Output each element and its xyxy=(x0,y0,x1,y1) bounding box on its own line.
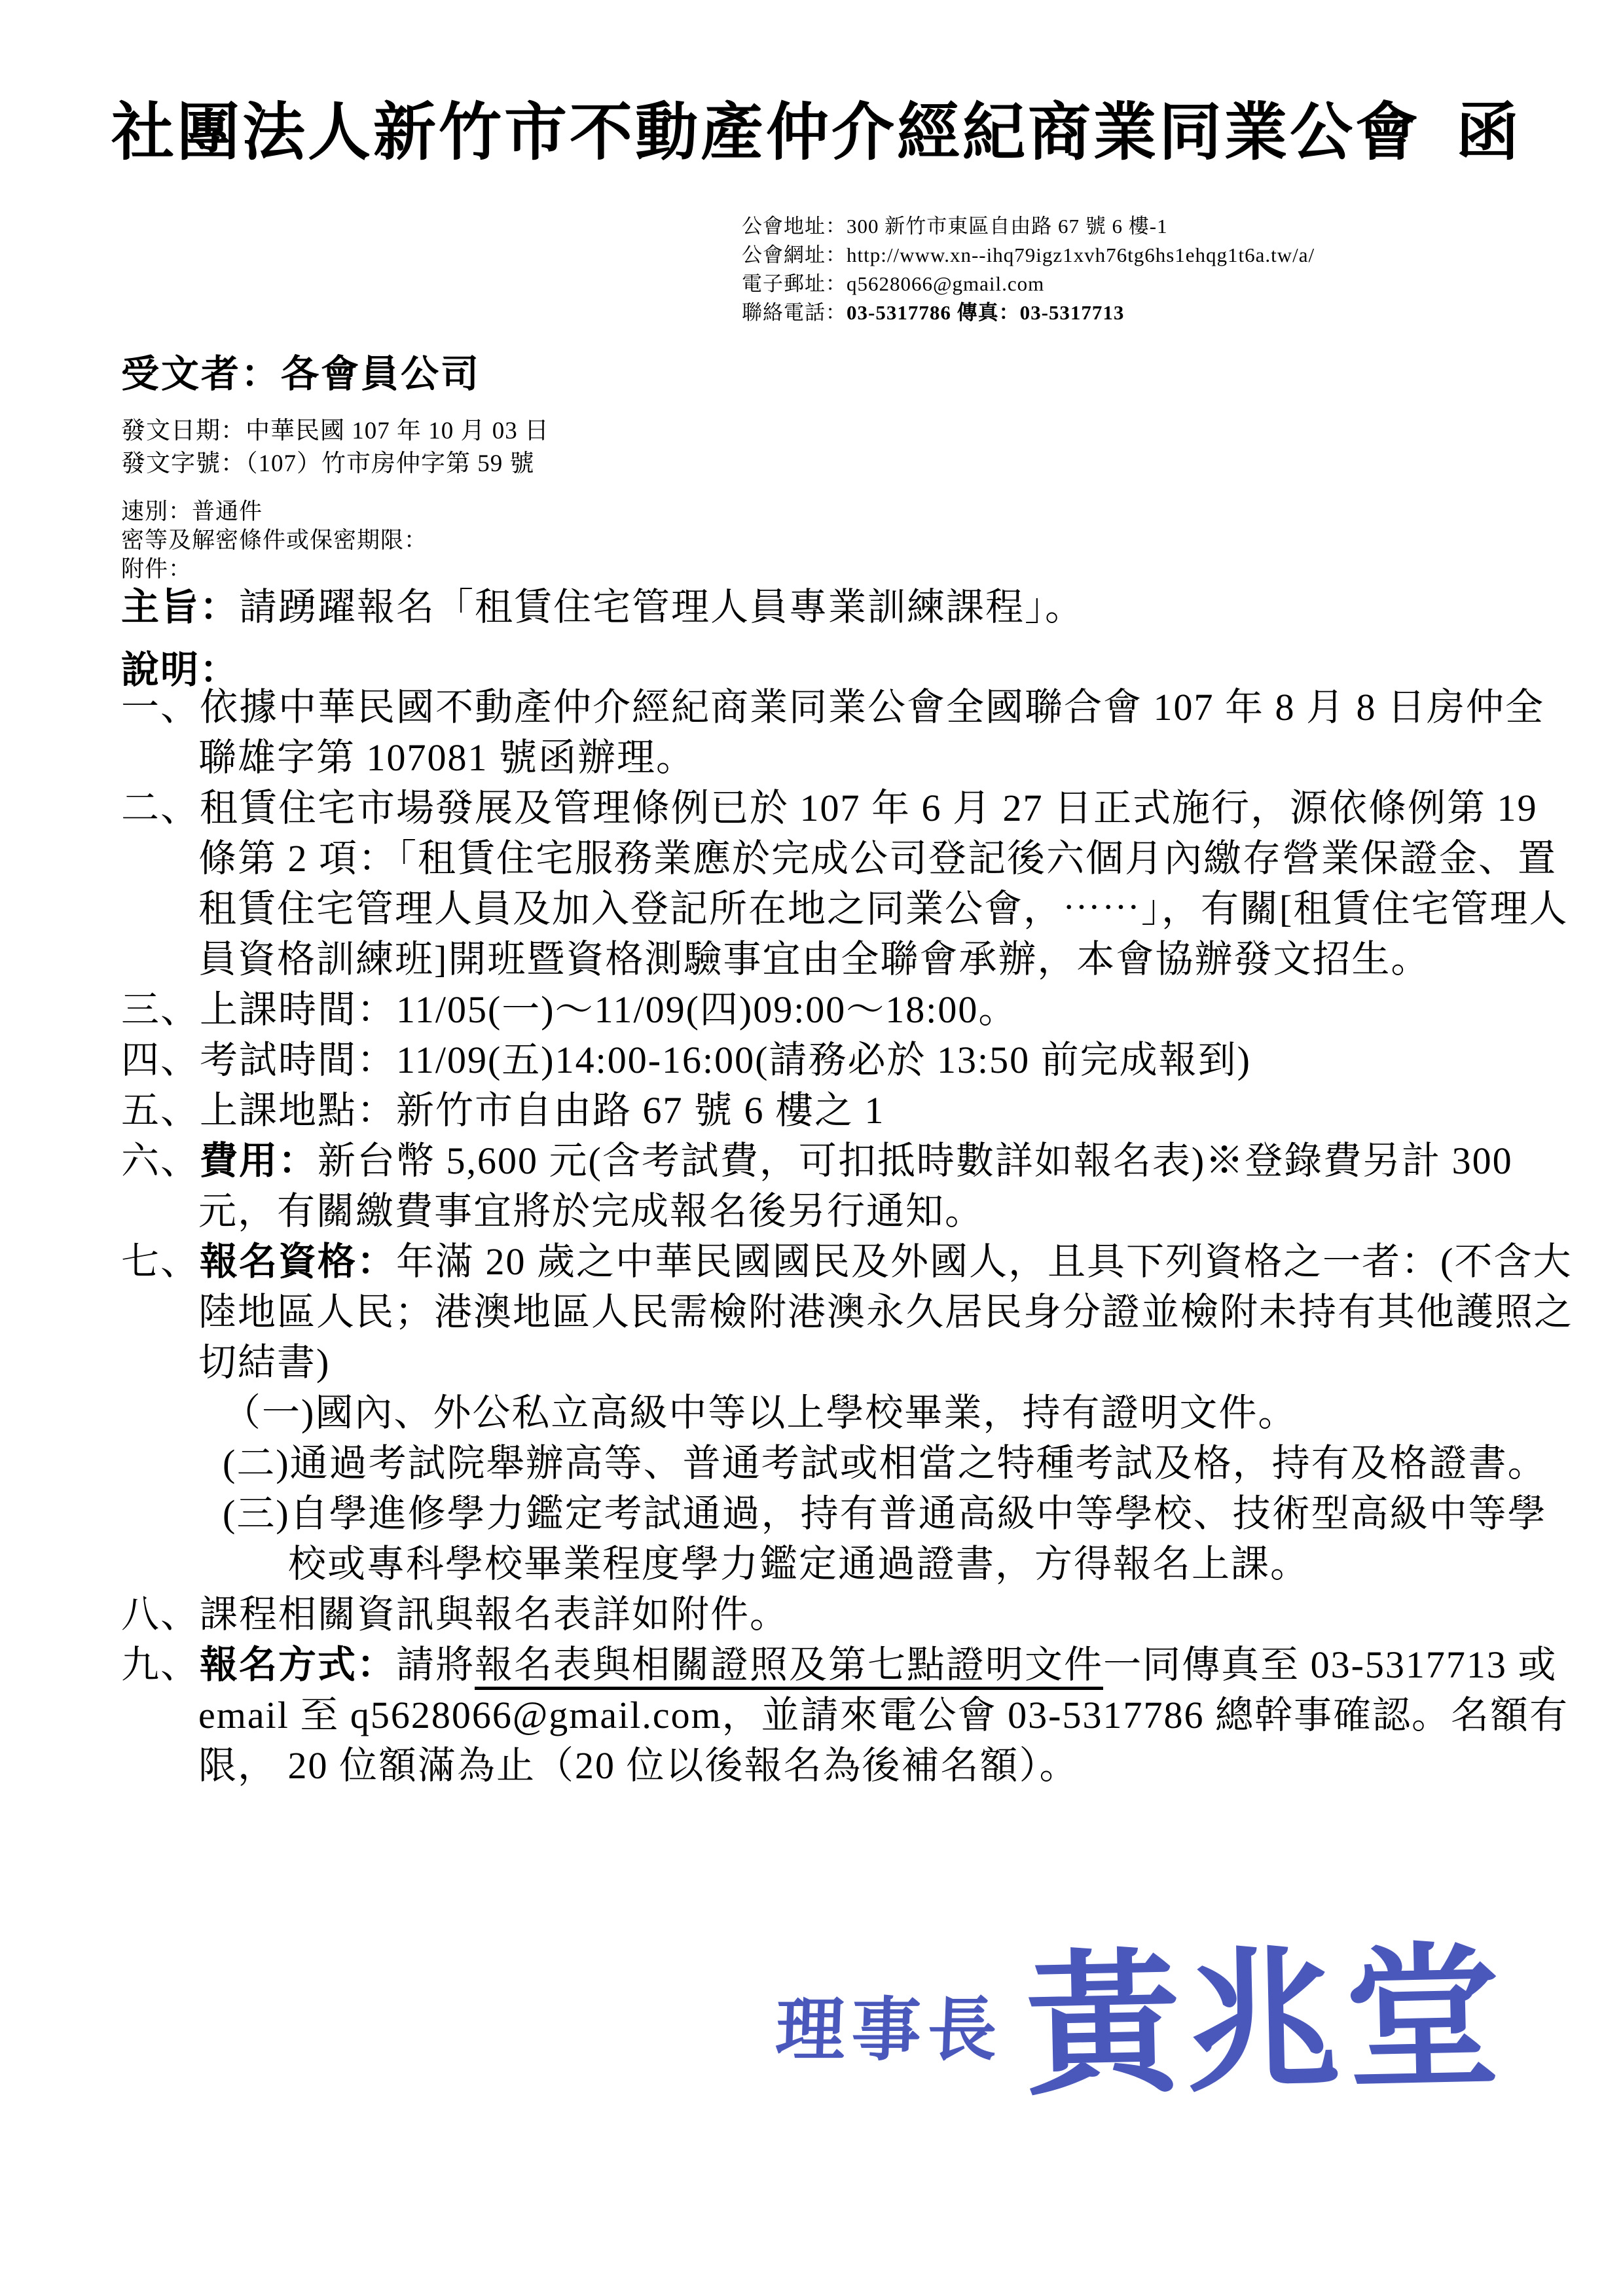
official-letter-page: 社團法人新竹市不動產仲介經紀商業同業公會 函 公會地址：300 新竹市東區自由路… xyxy=(0,0,1623,2296)
page-title: 社團法人新竹市不動產仲介經紀商業同業公會 函 xyxy=(111,82,1522,172)
item-7-sub-1: （一)國內、外公私立高級中等以上學校畢業，持有證明文件。 xyxy=(223,1388,1580,1438)
item-1-num: 一、 xyxy=(121,686,200,728)
item-5-text: 上課地點：新竹市自由路 67 號 6 樓之 1 xyxy=(200,1089,885,1132)
item-8: 八、課程相關資訊與報名表詳如附件。 xyxy=(121,1589,1580,1640)
subject-label: 主旨： xyxy=(121,586,239,628)
recipient-value: 各會員公司 xyxy=(281,353,481,395)
contact-website-url: http://www.xn--ihq79igz1xvh76tg6hs1ehqg1… xyxy=(847,243,1315,266)
item-7-num: 七、 xyxy=(121,1240,200,1283)
item-8-text: 課程相關資訊與報名表詳如附件。 xyxy=(200,1593,789,1636)
issue-date-value: 中華民國 107 年 10 月 03 日 xyxy=(246,418,549,444)
contact-email-value: q5628066@gmail.com xyxy=(847,272,1044,295)
item-3: 三、上課時間：11/05(一)～11/09(四)09:00～18:00。 xyxy=(121,984,1580,1035)
speed-line: 速別：普通件 xyxy=(121,497,428,526)
contact-address-value: 300 新竹市東區自由路 67 號 6 樓-1 xyxy=(847,215,1168,238)
signature-stamp: 理事長 黃兆堂 xyxy=(776,1947,1505,2102)
recipient-label: 受文者： xyxy=(121,353,281,395)
item-9: 九、報名方式：請將報名表與相關證照及第七點證明文件一同傳真至 03-531771… xyxy=(121,1640,1580,1791)
subject-text: 請踴躍報名「租賃住宅管理人員專業訓練課程」。 xyxy=(239,586,1084,628)
item-7-sub-3: (三)自學進修學力鑑定考試通過，持有普通高級中等學校、技術型高級中等學校或專科學… xyxy=(223,1488,1580,1589)
doc-number-line: 發文字號：（107）竹市房仲字第 59 號 xyxy=(121,448,549,480)
item-5-num: 五、 xyxy=(121,1089,200,1132)
contact-address-label: 公會地址： xyxy=(742,215,847,238)
item-4: 四、考試時間：11/09(五)14:00-16:00(請務必於 13:50 前完… xyxy=(121,1035,1580,1085)
contact-email-label: 電子郵址： xyxy=(742,272,847,295)
item-6-text: 新台幣 5,600 元(含考試費，可扣抵時數詳如報名表)※登錄費另計 300 元… xyxy=(198,1139,1513,1232)
item-7: 七、報名資格：年滿 20 歲之中華民國國民及外國人，且具下列資格之一者：(不含大… xyxy=(121,1236,1580,1388)
item-6: 六、費用：新台幣 5,600 元(含考試費，可扣抵時數詳如報名表)※登錄費另計 … xyxy=(121,1136,1580,1236)
contact-website: 公會網址：http://www.xn--ihq79igz1xvh76tg6hs1… xyxy=(742,241,1315,270)
item-5: 五、上課地點：新竹市自由路 67 號 6 樓之 1 xyxy=(121,1085,1580,1136)
signature-name: 黃兆堂 xyxy=(1025,1942,1507,2106)
document-meta: 發文日期：中華民國 107 年 10 月 03 日 發文字號：（107）竹市房仲… xyxy=(121,415,549,480)
contact-block: 公會地址：300 新竹市東區自由路 67 號 6 樓-1 公會網址：http:/… xyxy=(742,212,1315,327)
item-3-num: 三、 xyxy=(121,988,200,1031)
contact-website-label: 公會網址： xyxy=(742,243,847,266)
item-9-underlined-text: 報名表與相關證照及第七點證明文件 xyxy=(475,1643,1103,1690)
item-1-text: 依據中華民國不動產仲介經紀商業同業公會全國聯合會 107 年 8 月 8 日房仲… xyxy=(198,686,1544,779)
item-6-num: 六、 xyxy=(121,1139,200,1182)
item-2: 二、租賃住宅市場發展及管理條例已於 107 年 6 月 27 日正式施行，源依條… xyxy=(121,783,1580,984)
contact-phone-value: 03-5317786 傳真：03-5317713 xyxy=(847,301,1124,324)
item-4-text: 考試時間：11/09(五)14:00-16:00(請務必於 13:50 前完成報… xyxy=(200,1039,1251,1081)
subject-line: 主旨：請踴躍報名「租賃住宅管理人員專業訓練課程」。 xyxy=(121,576,1591,631)
item-7-text: 年滿 20 歲之中華民國國民及外國人，且具下列資格之一者：(不含大陸地區人民；港… xyxy=(198,1240,1573,1384)
doc-number-label: 發文字號： xyxy=(121,450,246,477)
item-7-sub-2: (二)通過考試院舉辦高等、普通考試或相當之特種考試及格，持有及格證書。 xyxy=(223,1438,1580,1488)
contact-phone: 聯絡電話：03-5317786 傳真：03-5317713 xyxy=(742,298,1315,327)
contact-address: 公會地址：300 新竹市東區自由路 67 號 6 樓-1 xyxy=(742,212,1315,241)
classification-block: 速別：普通件 密等及解密條件或保密期限： 附件： xyxy=(121,497,428,584)
explanation-items: 一、依據中華民國不動產仲介經紀商業同業公會全國聯合會 107 年 8 月 8 日… xyxy=(121,682,1580,1791)
item-2-num: 二、 xyxy=(121,787,200,829)
recipient-line: 受文者：各會員公司 xyxy=(121,343,481,398)
item-8-num: 八、 xyxy=(121,1593,200,1636)
item-4-num: 四、 xyxy=(121,1039,200,1081)
issue-date-line: 發文日期：中華民國 107 年 10 月 03 日 xyxy=(121,415,549,448)
security-line: 密等及解密條件或保密期限： xyxy=(121,526,428,555)
item-9-pre: 請將 xyxy=(396,1643,475,1686)
item-3-text: 上課時間：11/05(一)～11/09(四)09:00～18:00。 xyxy=(200,988,1017,1031)
contact-email: 電子郵址：q5628066@gmail.com xyxy=(742,270,1315,298)
item-2-text: 租賃住宅市場發展及管理條例已於 107 年 6 月 27 日正式施行，源依條例第… xyxy=(198,787,1568,980)
item-1: 一、依據中華民國不動產仲介經紀商業同業公會全國聯合會 107 年 8 月 8 日… xyxy=(121,682,1580,783)
item-7-label: 報名資格： xyxy=(200,1240,396,1283)
item-6-label: 費用： xyxy=(200,1139,318,1182)
item-9-label: 報名方式： xyxy=(200,1643,396,1686)
item-9-num: 九、 xyxy=(121,1643,200,1686)
signature-title: 理事長 xyxy=(774,1975,1005,2074)
doc-number-value: （107）竹市房仲字第 59 號 xyxy=(246,450,535,477)
issue-date-label: 發文日期： xyxy=(121,418,246,444)
contact-phone-label: 聯絡電話： xyxy=(742,301,847,324)
